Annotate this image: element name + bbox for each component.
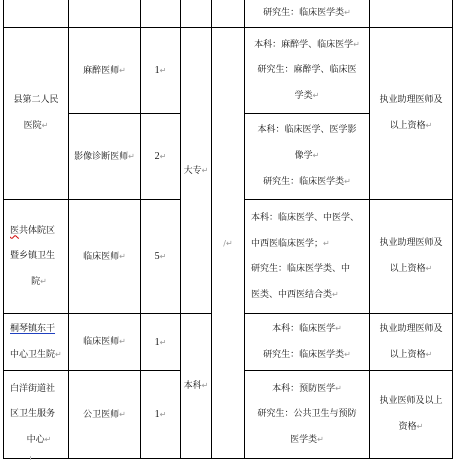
- unit-line: 共体院区: [19, 226, 55, 236]
- unit-cell-tongqin-center: 桐琴镇东干 中心卫生院↵: [3, 313, 69, 371]
- major-line: 本科：预防医学: [272, 384, 335, 394]
- return-mark-icon: ↵: [119, 410, 126, 419]
- top-major-text: 研究生：临床医学类: [263, 8, 344, 18]
- top-edu-cell: [180, 0, 212, 28]
- qualification-cell: 执业助理医师及 以上资格↵: [369, 199, 453, 314]
- qualification-line: 以上资格: [390, 350, 426, 360]
- return-mark-icon: ↵: [323, 239, 330, 248]
- position-count-cell: 1↵: [140, 27, 181, 114]
- qualification-line: 执业助理医师及: [379, 317, 442, 342]
- position-title: 公卫医师: [83, 410, 119, 420]
- qualification-cell: 执业助理医师及 以上资格↵: [369, 313, 453, 371]
- return-mark-icon: ↵: [55, 350, 62, 359]
- unit-line: 院: [31, 277, 40, 287]
- return-mark-icon: ↵: [202, 381, 209, 390]
- return-mark-icon: ↵: [317, 435, 324, 444]
- return-mark-icon: ↵: [119, 252, 126, 261]
- top-major-cell: 研究生：临床医学类↵: [244, 0, 370, 28]
- return-mark-icon: ↵: [313, 151, 320, 160]
- return-mark-icon: ↵: [226, 239, 233, 248]
- position-title-cell: 麻醉医师↵: [68, 27, 141, 114]
- return-mark-icon: ↵: [353, 40, 360, 49]
- return-mark-icon: ↵: [160, 410, 167, 419]
- qualification-cell: 执业助理医师及 以上资格↵: [369, 27, 453, 200]
- position-count-cell: 2↵: [140, 113, 181, 200]
- qualification-line: 执业助理医师及: [379, 88, 442, 113]
- position-title: 影像诊断医师: [74, 152, 128, 162]
- major-line: 本科：临床医学、中医学、: [251, 206, 359, 231]
- major-line: 研究生：临床医学类、中: [251, 257, 350, 282]
- top-count-cell: [140, 0, 181, 28]
- return-mark-icon: ↵: [42, 121, 49, 130]
- qualification-line: 资格: [399, 422, 417, 432]
- return-mark-icon: ↵: [332, 290, 339, 299]
- unit-line: 医院: [24, 121, 42, 131]
- qualification-line: 以上资格: [390, 264, 426, 274]
- qualification-line: 执业助理医师及: [379, 231, 442, 256]
- return-mark-icon: ↵: [335, 324, 342, 333]
- major-line: 本科：临床医学: [272, 324, 335, 334]
- return-mark-icon: ↵: [128, 152, 135, 161]
- position-count-cell: 1↵: [140, 370, 181, 459]
- major-cell: 本科：麻醉学、临床医学↵ 研究生：麻醉学、临床医 学类↵: [244, 27, 370, 114]
- return-mark-icon: ↵: [344, 8, 351, 17]
- major-line: 医学类: [290, 435, 317, 445]
- return-mark-icon: ↵: [160, 66, 167, 75]
- position-title: 临床医师: [83, 252, 119, 262]
- return-mark-icon: ↵: [426, 350, 433, 359]
- position-title-cell: 临床医师↵: [68, 199, 141, 314]
- unit-line: 桐琴镇东干: [10, 324, 55, 334]
- return-mark-icon: ↵: [160, 338, 167, 347]
- return-mark-icon: ↵: [417, 422, 424, 431]
- major-line: 研究生：麻醉学、临床医: [257, 58, 356, 83]
- major-cell: 本科：预防医学↵ 研究生：公共卫生与预防 医学类↵: [244, 370, 370, 459]
- top-unit-cell: [3, 0, 69, 28]
- paragraph-mark-stub: [30, 456, 35, 460]
- qualification-line: 执业医师及以上: [379, 389, 442, 414]
- position-count-cell: 5↵: [140, 199, 181, 314]
- return-mark-icon: ↵: [160, 252, 167, 261]
- position-title-cell: 影像诊断医师↵: [68, 113, 141, 200]
- return-mark-icon: ↵: [426, 121, 433, 130]
- major-line: 本科：临床医学、医学影: [257, 118, 356, 143]
- return-mark-icon: ↵: [426, 264, 433, 273]
- qualification-line: 以上资格: [390, 121, 426, 131]
- major-line: 学类: [295, 91, 313, 101]
- education-cell-bachelor: 本科↵: [180, 313, 212, 459]
- unit-line-part: 医: [10, 226, 19, 236]
- unit-line: 中心: [27, 435, 45, 445]
- other-cell: /↵: [211, 27, 245, 459]
- major-line: 中西医临床医学；: [251, 239, 323, 249]
- return-mark-icon: ↵: [344, 350, 351, 359]
- return-mark-icon: ↵: [335, 384, 342, 393]
- major-cell: 本科：临床医学、中医学、 中西医临床医学；↵ 研究生：临床医学类、中 医类、中西…: [244, 199, 370, 314]
- major-line: 医类、中西医结合类: [251, 290, 332, 300]
- return-mark-icon: ↵: [119, 337, 126, 346]
- unit-line: 区卫生服务: [10, 402, 55, 427]
- major-line: 研究生：临床医学类: [263, 177, 344, 187]
- position-title-cell: 公卫医师↵: [68, 370, 141, 459]
- position-title: 麻醉医师: [83, 66, 119, 76]
- major-cell: 本科：临床医学↵ 研究生：临床医学类↵: [244, 313, 370, 371]
- position-title-cell: 临床医师↵: [68, 313, 141, 371]
- return-mark-icon: ↵: [40, 277, 47, 286]
- top-other-cell: [211, 0, 245, 28]
- return-mark-icon: ↵: [344, 177, 351, 186]
- return-mark-icon: ↵: [45, 435, 52, 444]
- education-label: 大专: [184, 166, 202, 176]
- unit-cell-county-hospital: 县第二人民 医院↵: [3, 27, 69, 200]
- education-cell-junior-college: 大专↵: [180, 27, 212, 314]
- return-mark-icon: ↵: [202, 166, 209, 175]
- major-line: 研究生：临床医学类: [263, 350, 344, 360]
- major-line: 像学: [295, 151, 313, 161]
- return-mark-icon: ↵: [119, 66, 126, 75]
- position-title: 临床医师: [83, 337, 119, 347]
- qualification-cell: 执业医师及以上 资格↵: [369, 370, 453, 459]
- unit-cell-medical-community: 医共体院区 暨乡镇卫生 院↵: [3, 199, 69, 314]
- unit-line: 中心卫生院: [10, 350, 55, 360]
- top-title-cell: [68, 0, 141, 28]
- unit-line: 县第二人民: [13, 88, 58, 113]
- major-cell: 本科：临床医学、医学影 像学↵ 研究生：临床医学类↵: [244, 113, 370, 200]
- unit-line: 白洋街道社: [10, 377, 55, 402]
- unit-cell-baiyang-center: 白洋街道社 区卫生服务 中心↵: [3, 370, 69, 459]
- major-line: 研究生：公共卫生与预防: [257, 402, 356, 427]
- major-line: 本科：麻醉学、临床医学: [254, 40, 353, 50]
- top-qual-cell: [369, 0, 453, 28]
- return-mark-icon: ↵: [160, 152, 167, 161]
- return-mark-icon: ↵: [313, 91, 320, 100]
- education-label: 本科: [184, 381, 202, 391]
- unit-line: 暨乡镇卫生: [10, 244, 55, 269]
- position-count-cell: 1↵: [140, 313, 181, 371]
